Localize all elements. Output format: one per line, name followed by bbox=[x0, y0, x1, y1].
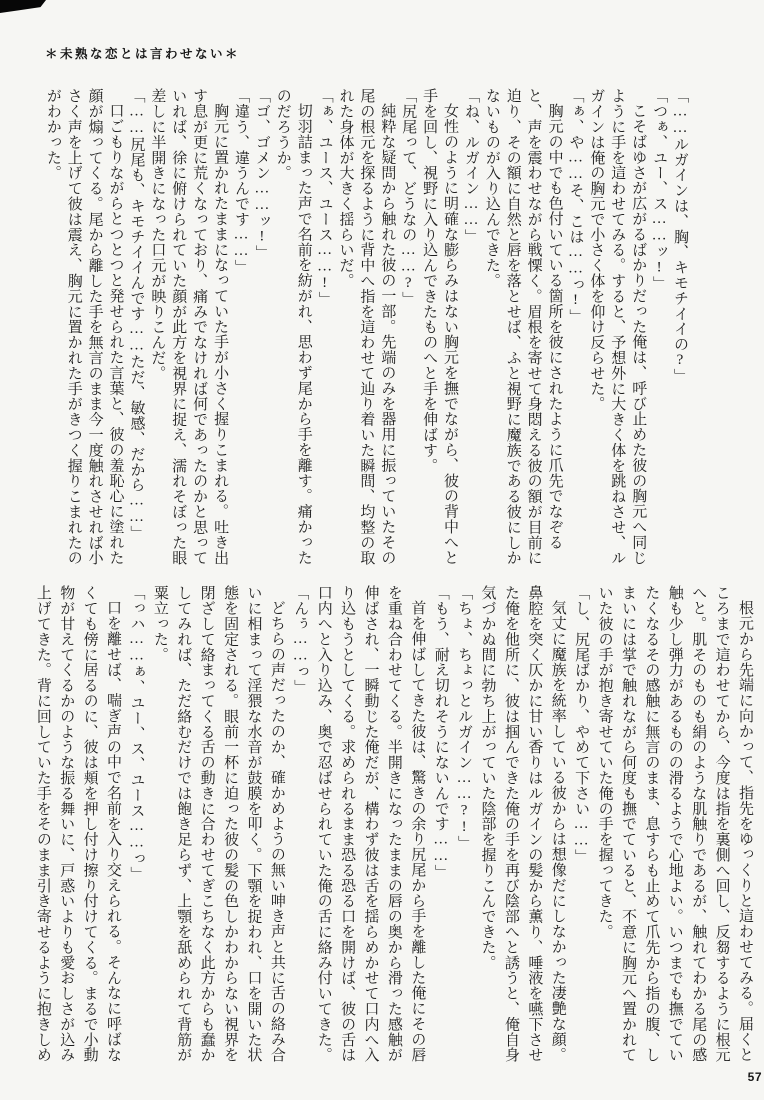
paragraph: 「し、尻尾ばかり、やめて下さい……」 bbox=[569, 585, 592, 1063]
paragraph: 「ね、ルガイン……」 bbox=[460, 88, 481, 574]
paragraph: どちらの声だったのか、確かめようの無い呻き声と共に舌の絡み合いに相まって淫猥な水… bbox=[147, 585, 287, 1063]
paragraph: 「違う、違うんです……」 bbox=[230, 88, 251, 574]
paragraph: 純粋な疑問から触れた彼の一部。先端のみを器用に振っていたその尾の根元を探るように… bbox=[335, 88, 398, 574]
paragraph: 「ぁ、や……そ、こは……っ!」 bbox=[565, 88, 586, 574]
upper-text-block: 「……ルガインは、胸、キモチイイの?」「つぁ、ユー、ス……ッ!」こそばゆさが広が… bbox=[38, 88, 690, 574]
paragraph: こそばゆさが広がるばかりだった俺は、呼び止めた彼の胸元へ同じように手を這わせてみ… bbox=[585, 88, 648, 574]
paragraph: 「ぁ、ユース、ユース……!」 bbox=[314, 88, 335, 574]
paragraph: 口ごもりながらとつとつと発せられた言葉と、彼の羞恥心に塗れた顔が煽ってくる。尾か… bbox=[42, 88, 126, 574]
paragraph: 切羽詰まった声で名前を紡がれ、思わず尾から手を離す。痛かったのだろうか。 bbox=[272, 88, 314, 574]
paragraph: 「ゴ、ゴメン……ッ!」 bbox=[251, 88, 272, 574]
paragraph: 気丈に魔族を統率している彼からは想像だにしなかった凄艶な顔。鼻腔を突く仄かに甘い… bbox=[475, 585, 569, 1063]
paragraph: 女性のように明確な膨らみはない胸元を撫でながら、彼の背中へと手を回し、視野に入り… bbox=[418, 88, 460, 574]
paragraph: 「尻尾って、どうなの……?」 bbox=[397, 88, 418, 574]
scanned-novel-page: ＊未熟な恋とは言わせない＊ 「……ルガインは、胸、キモチイイの?」「つぁ、ユー、… bbox=[0, 0, 764, 1100]
paragraph: 「んぅ……っ」 bbox=[288, 585, 311, 1063]
paragraph: 胸元の中でも色付いている箇所を彼にされたように爪先でなぞると、声を震わせながら戦… bbox=[481, 88, 565, 574]
scan-corner-artifact bbox=[0, 0, 46, 13]
paragraph: 「っハ……ぁ、ユー、ス、ユース……っ」 bbox=[124, 585, 147, 1063]
paragraph: 「もう、耐え切れそうにないんです……」 bbox=[428, 585, 451, 1063]
lower-text-block: 根元から先端に向かって、指先をゆっくりと這わせてみる。届くところまで這わせてから… bbox=[24, 585, 756, 1063]
paragraph: 「ちょ、ちょっとルガイン……?!」 bbox=[452, 585, 475, 1063]
paragraph: 口を離せば、喘ぎ声の中で名前を入り交えられる。そんなに呼ばなくても傍に居るのに、… bbox=[30, 585, 124, 1063]
page-title: ＊未熟な恋とは言わせない＊ bbox=[45, 44, 240, 62]
paragraph: 「つぁ、ユー、ス……ッ!」 bbox=[648, 88, 669, 574]
paragraph: 胸元に置かれたままになっていた手が小さく握りこまれる。吐き出す息が更に荒くなって… bbox=[146, 88, 230, 574]
paragraph: 根元から先端に向かって、指先をゆっくりと這わせてみる。届くところまで這わせてから… bbox=[592, 585, 756, 1063]
paragraph: 「……尻尾も、キモチイイんです……ただ、敏感、だから……」 bbox=[126, 88, 147, 574]
paragraph: 「……ルガインは、胸、キモチイイの?」 bbox=[669, 88, 690, 574]
paragraph: 首を伸ばしてきた彼は、驚きの余り尻尾から手を離した俺にその唇を重ね合わせてくる。… bbox=[311, 585, 428, 1063]
page-number: 57 bbox=[732, 1070, 762, 1084]
